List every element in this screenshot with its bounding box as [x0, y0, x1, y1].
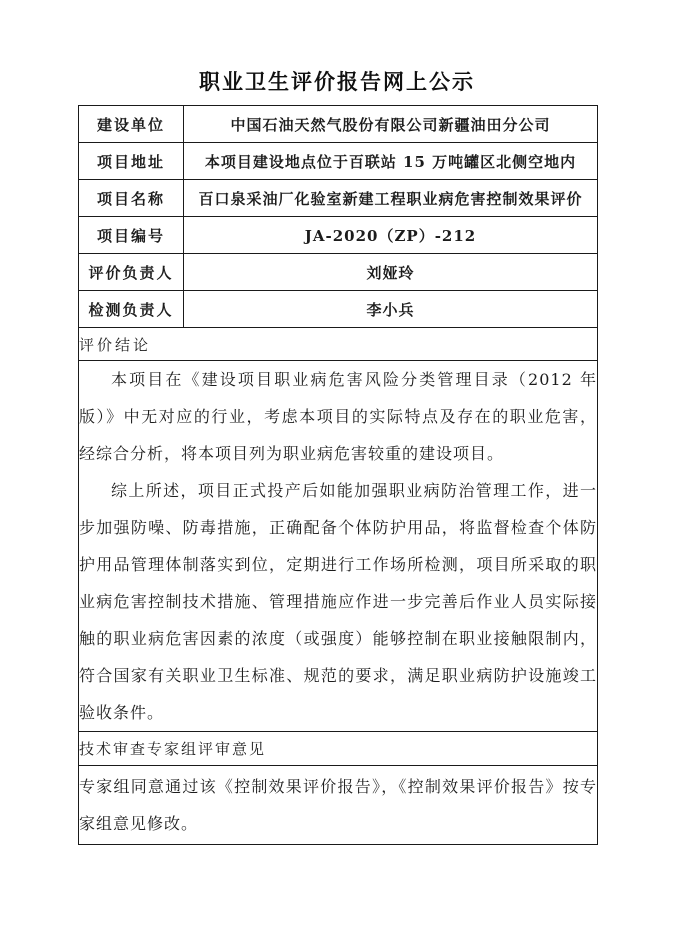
table-row: 本项目在《建设项目职业病危害风险分类管理目录（2012 年版）》中无对应的行业，… — [79, 361, 598, 732]
table-row: 项目名称 百口泉采油厂化验室新建工程职业病危害控制效果评价 — [79, 180, 598, 217]
table-row: 评价结论 — [79, 328, 598, 361]
table-row: 检测负责人 李小兵 — [79, 291, 598, 328]
field-value-construction-unit: 中国石油天然气股份有限公司新疆油田分公司 — [184, 106, 598, 143]
table-row: 技术审查专家组评审意见 — [79, 732, 598, 766]
page-title: 职业卫生评价报告网上公示 — [0, 66, 674, 96]
table-row: 专家组同意通过该《控制效果评价报告》，《控制效果评价报告》按专家组意见修改。 — [79, 766, 598, 845]
field-value-project-number: JA-2020（ZP）-212 — [184, 217, 598, 254]
conclusion-section-header: 评价结论 — [79, 328, 598, 361]
field-value-project-name: 百口泉采油厂化验室新建工程职业病危害控制效果评价 — [184, 180, 598, 217]
table-row: 评价负责人 刘娅玲 — [79, 254, 598, 291]
review-opinion-text: 专家组同意通过该《控制效果评价报告》，《控制效果评价报告》按专家组意见修改。 — [79, 768, 597, 842]
field-label-project-number: 项目编号 — [79, 217, 184, 254]
field-label-project-name: 项目名称 — [79, 180, 184, 217]
field-label-construction-unit: 建设单位 — [79, 106, 184, 143]
field-value-project-address: 本项目建设地点位于百联站 15 万吨罐区北侧空地内 — [184, 143, 598, 180]
field-value-evaluation-lead: 刘娅玲 — [184, 254, 598, 291]
review-section-header: 技术审查专家组评审意见 — [79, 732, 598, 766]
conclusion-paragraph-1: 本项目在《建设项目职业病危害风险分类管理目录（2012 年版）》中无对应的行业，… — [79, 361, 597, 472]
field-label-evaluation-lead: 评价负责人 — [79, 254, 184, 291]
table-row: 项目地址 本项目建设地点位于百联站 15 万吨罐区北侧空地内 — [79, 143, 598, 180]
conclusion-paragraph-2: 综上所述，项目正式投产后如能加强职业病防治管理工作，进一步加强防噪、防毒措施，正… — [79, 472, 597, 731]
field-value-testing-lead: 李小兵 — [184, 291, 598, 328]
announcement-table: 建设单位 中国石油天然气股份有限公司新疆油田分公司 项目地址 本项目建设地点位于… — [78, 105, 598, 845]
table-row: 建设单位 中国石油天然气股份有限公司新疆油田分公司 — [79, 106, 598, 143]
review-text-cell: 专家组同意通过该《控制效果评价报告》，《控制效果评价报告》按专家组意见修改。 — [79, 766, 598, 845]
field-label-testing-lead: 检测负责人 — [79, 291, 184, 328]
field-label-project-address: 项目地址 — [79, 143, 184, 180]
table-row: 项目编号 JA-2020（ZP）-212 — [79, 217, 598, 254]
conclusion-text-cell: 本项目在《建设项目职业病危害风险分类管理目录（2012 年版）》中无对应的行业，… — [79, 361, 598, 732]
document-page: 职业卫生评价报告网上公示 建设单位 中国石油天然气股份有限公司新疆油田分公司 项… — [0, 0, 674, 944]
